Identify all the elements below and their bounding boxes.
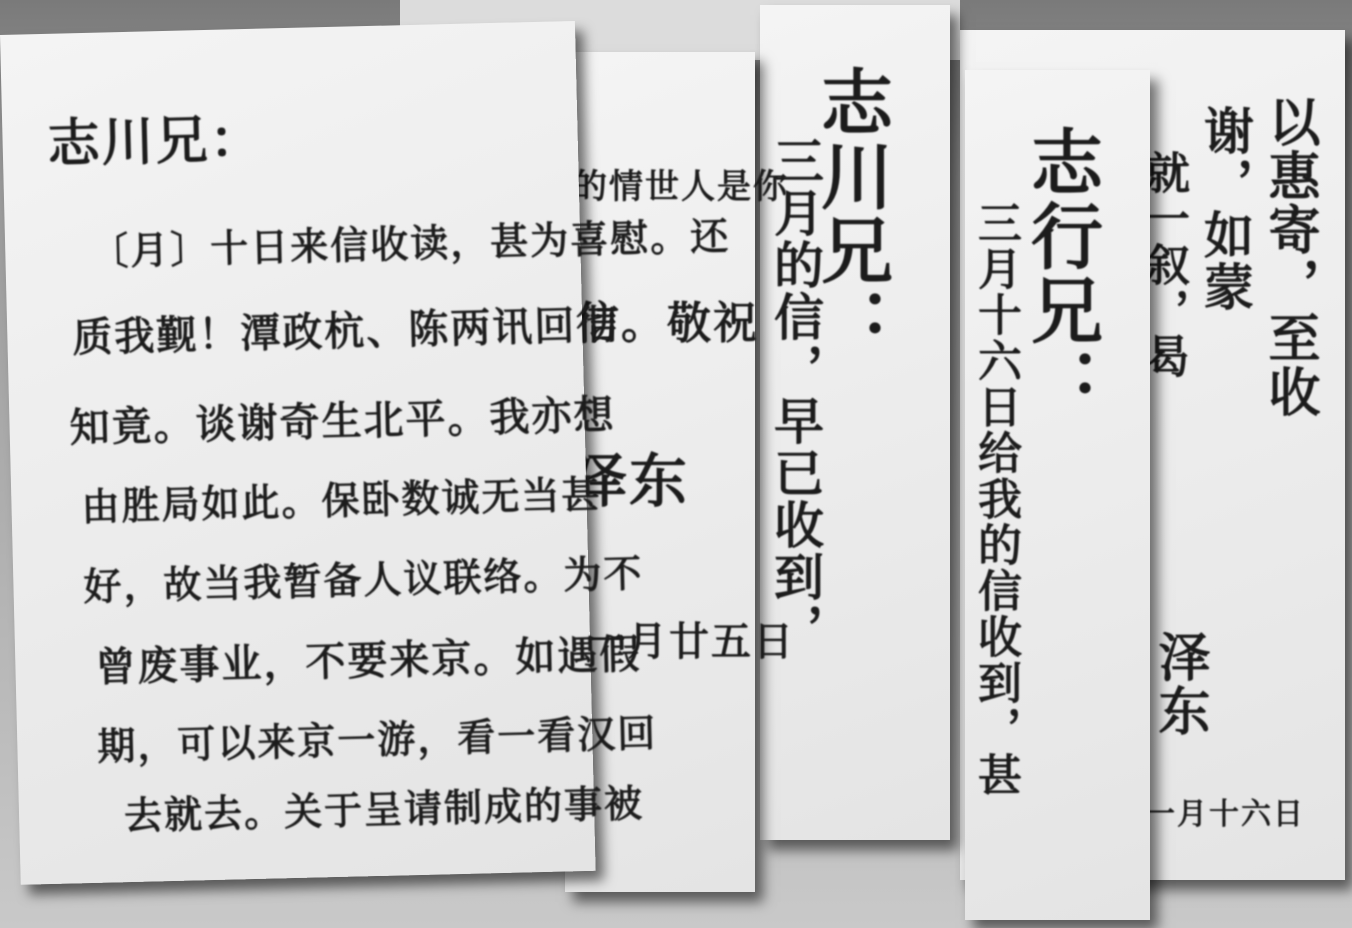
letter-sheet-4: 志行兄： 三月十六日给我的信收到，甚 xyxy=(965,70,1150,920)
letter-5-line: 谢，如蒙 xyxy=(1200,105,1250,313)
letter-2-line: 的情世人是你 xyxy=(573,170,789,204)
letter-5-date: 一月十六日 xyxy=(1145,800,1305,830)
letter-3-line: 三月的信，早已收到， xyxy=(770,135,820,655)
letter-1-line: 曾废事业，不要来京。如遇假 xyxy=(95,635,642,688)
letter-3-salutation: 志川兄： xyxy=(815,65,887,361)
letter-4-line: 三月十六日给我的信收到，甚 xyxy=(973,200,1017,798)
letter-1-line: 去就去。关于呈请制成的事被 xyxy=(124,785,645,836)
letter-sheet-1: 志川兄： 〔月〕十日来信收读，甚为喜慰。还 质我觐！潭政杭、陈两讯回彻 知竟。谈… xyxy=(0,21,596,885)
letter-1-line: 知竟。谈谢奇生北平。我亦想 xyxy=(69,395,616,448)
letter-1-salutation: 志川兄： xyxy=(47,114,264,171)
letter-1-line: 由胜局如此。保卧数诚无当甚 xyxy=(81,475,602,526)
letter-5-signature: 泽东 xyxy=(1153,630,1205,738)
letter-1-line: 好，故当我暂备人议联络。为不 xyxy=(83,554,644,606)
letter-1-line: 质我觐！潭政杭、陈两讯回彻 xyxy=(72,305,619,358)
letter-sheet-3: 志川兄： 三月的信，早已收到， xyxy=(760,5,950,840)
letter-5-line: 以惠寄，至收 xyxy=(1263,95,1315,419)
letter-1-line: 期，可以来京一游，看一看汉回 xyxy=(97,714,658,766)
letter-4-salutation: 志行兄： xyxy=(1025,125,1097,421)
